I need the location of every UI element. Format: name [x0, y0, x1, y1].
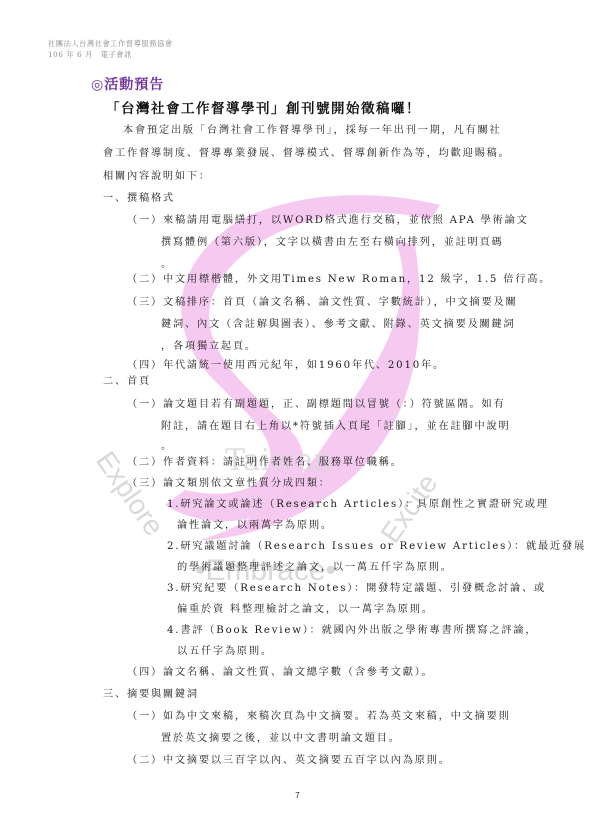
item-line: （三）論文類別依文章性質分成四類： — [127, 477, 331, 491]
item-line: （四）年代請統一使用西元紀年，如1960年代、2010年。 — [127, 359, 445, 373]
item-line: 的學術議題整理評述之論文，以一萬五仟字為原則。 — [177, 561, 453, 575]
item-line: （一）論文題目若有副題題，正、副標題間以冒號（：）符號區隔。如有 — [127, 398, 506, 412]
section-heading: 一、撰稿格式 — [103, 192, 175, 206]
item-line: ，各項獨立起頁。 — [161, 340, 257, 354]
item-line: 以五仟字為原則。 — [177, 645, 273, 659]
item-line: 3.研究紀要（Research Notes）：開發特定議題、引發概念討論、或 — [167, 582, 546, 596]
item-line: 。 — [161, 440, 173, 454]
item-line: 附註，請在題目右上角以*符號插入頁尾「註腳」，並在註腳中說明 — [161, 420, 510, 434]
item-line: （一）如為中文來稿，來稿次頁為中文摘要。若為英文來稿，中文摘要則 — [127, 710, 511, 724]
item-line: 論性論文，以兩萬字為原則。 — [177, 519, 333, 533]
item-line: （三）文稿排序：首頁（論文名稱、論文性質、字數統計），中文摘要及關 — [127, 296, 517, 310]
item-line: （四）論文名稱、論文性質、論文總字數（含參考文獻）。 — [127, 666, 434, 680]
item-line: 鍵詞、內文（含註解與圖表）、參考文獻、附錄、英文摘要及關鍵詞 — [161, 318, 516, 332]
header-org: 社團法人台灣社會工作督導服務協會 — [48, 38, 173, 49]
item-line: 置於英文摘要之後，並以中文書明論文題目。 — [161, 732, 401, 746]
page-header: 社團法人台灣社會工作督導服務協會 106 年 6 月 電子會訊 — [48, 38, 173, 60]
item-line: （二）中文用標楷體，外文用Times New Roman，12 級字，1.5 倍… — [127, 273, 551, 287]
item-line: 。 — [161, 258, 173, 272]
item-line: 2.研究議題討論（Research Issues or Review Artic… — [167, 540, 586, 554]
item-line: （一）來稿請用電腦繕打，以WORD格式進行交稿，並依照 APA 學術論文 — [127, 214, 529, 228]
item-line: 偏重於資 料整理檢討之論文，以一萬字為原則。 — [177, 603, 434, 617]
section-heading: 三、摘要與關鍵詞 — [103, 688, 199, 702]
item-line: （二）中文摘要以三百字以內、英文摘要五百字以內為原則。 — [127, 754, 451, 768]
page-number: 7 — [0, 791, 595, 800]
intro-line: 相關內容說明如下： — [103, 170, 211, 184]
header-issue: 106 年 6 月 電子會訊 — [48, 49, 173, 60]
section-heading: 二、首頁 — [103, 375, 151, 389]
intro-line: 會工作督導制度、督導專業發展、督導模式、督導創新作為等，均歡迎賜稿。 — [103, 147, 511, 161]
document-title: 「台灣社會工作督導學刊」創刊號開始徵稿囉！ — [106, 97, 421, 117]
intro-line: 本會預定出版「台灣社會工作督導學刊」，採每一年出刊一期，凡有關社 — [123, 124, 502, 138]
item-line: （二）作者資料：請註明作者姓名、服務單位職稱。 — [127, 456, 403, 470]
item-line: 4.書評（Book Review）：就國內外出版之學術專書所撰寫之評論， — [167, 624, 537, 638]
item-line: 1.研究論文或論述（Research Articles）：具原創性之實證研究或理 — [167, 498, 549, 512]
section-title: ◎活動預告 — [91, 74, 164, 94]
item-line: 撰寫體例（第六版），文字以橫書由左至右橫向排列，並註明頁碼 — [161, 236, 504, 250]
